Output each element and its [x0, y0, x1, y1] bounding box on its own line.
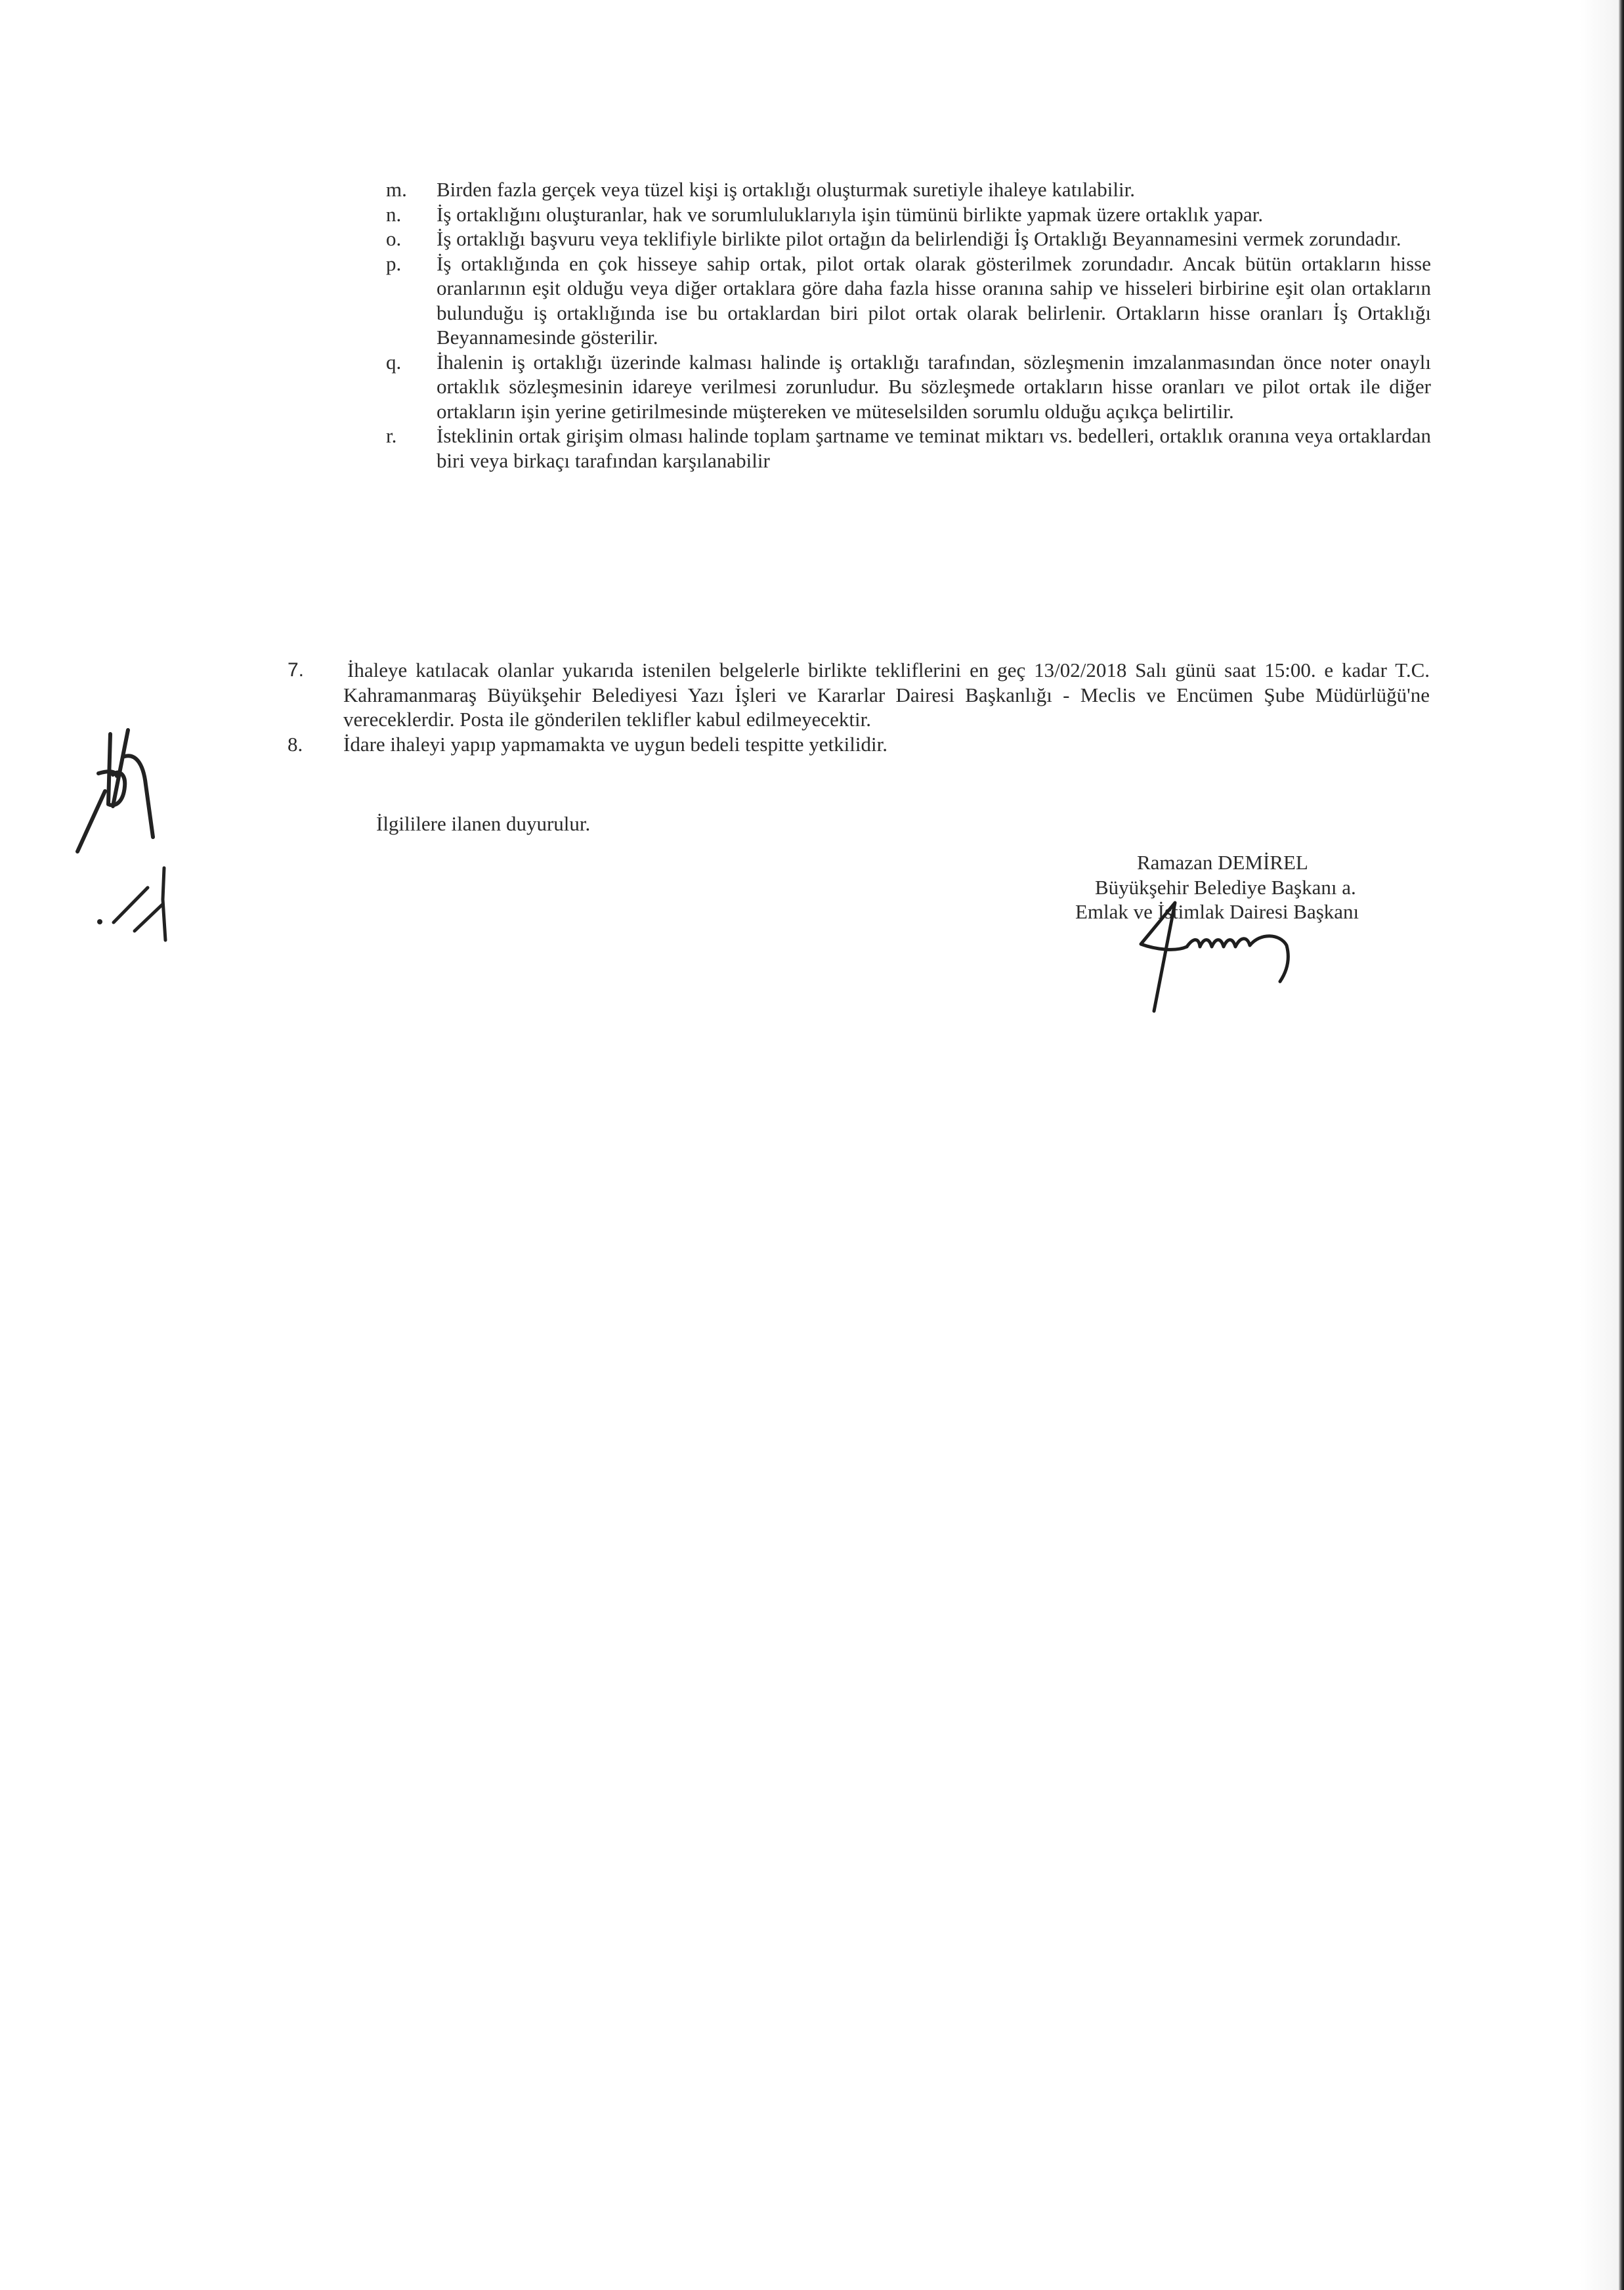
initials-mark — [0, 0, 1624, 2290]
